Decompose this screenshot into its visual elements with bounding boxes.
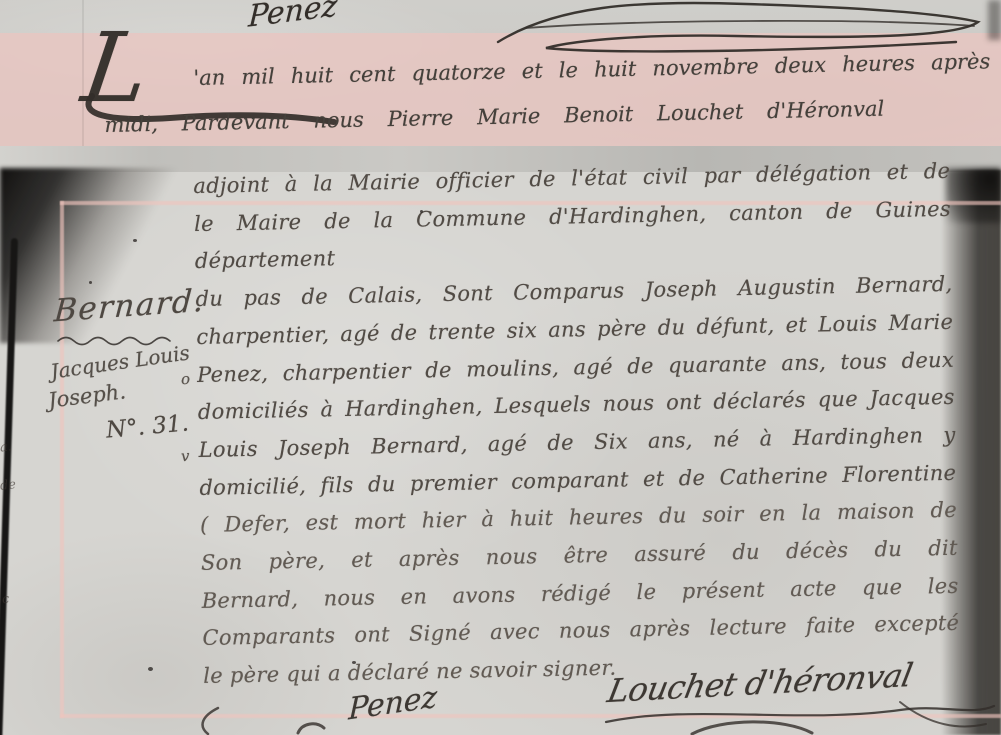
facing-page-fragment: de (0, 477, 17, 494)
top-edge-shadow (988, 0, 1001, 40)
act-body-text: adjoint à la Mairie officier de l'état c… (193, 153, 960, 696)
facing-page-fragment: a. (0, 439, 13, 455)
facing-page-fragment: c (1, 592, 10, 608)
cutoff-letter-curve (296, 720, 326, 735)
ink-speck (148, 667, 153, 671)
scanned-register-page: Penez L 'an mil huit cent quatorze et le… (0, 0, 1001, 735)
line-lead-mark: v (181, 447, 190, 465)
record-highlight-border-left (60, 201, 64, 718)
ink-speck (352, 661, 356, 664)
ink-speck (420, 210, 423, 213)
cutoff-signature-arc (688, 720, 818, 735)
page-edge-shadow-corner (946, 168, 1001, 223)
line-lead-mark: o (181, 370, 191, 388)
ink-speck (133, 239, 137, 242)
ink-speck (89, 281, 92, 284)
cutoff-letter-curve (196, 706, 222, 735)
